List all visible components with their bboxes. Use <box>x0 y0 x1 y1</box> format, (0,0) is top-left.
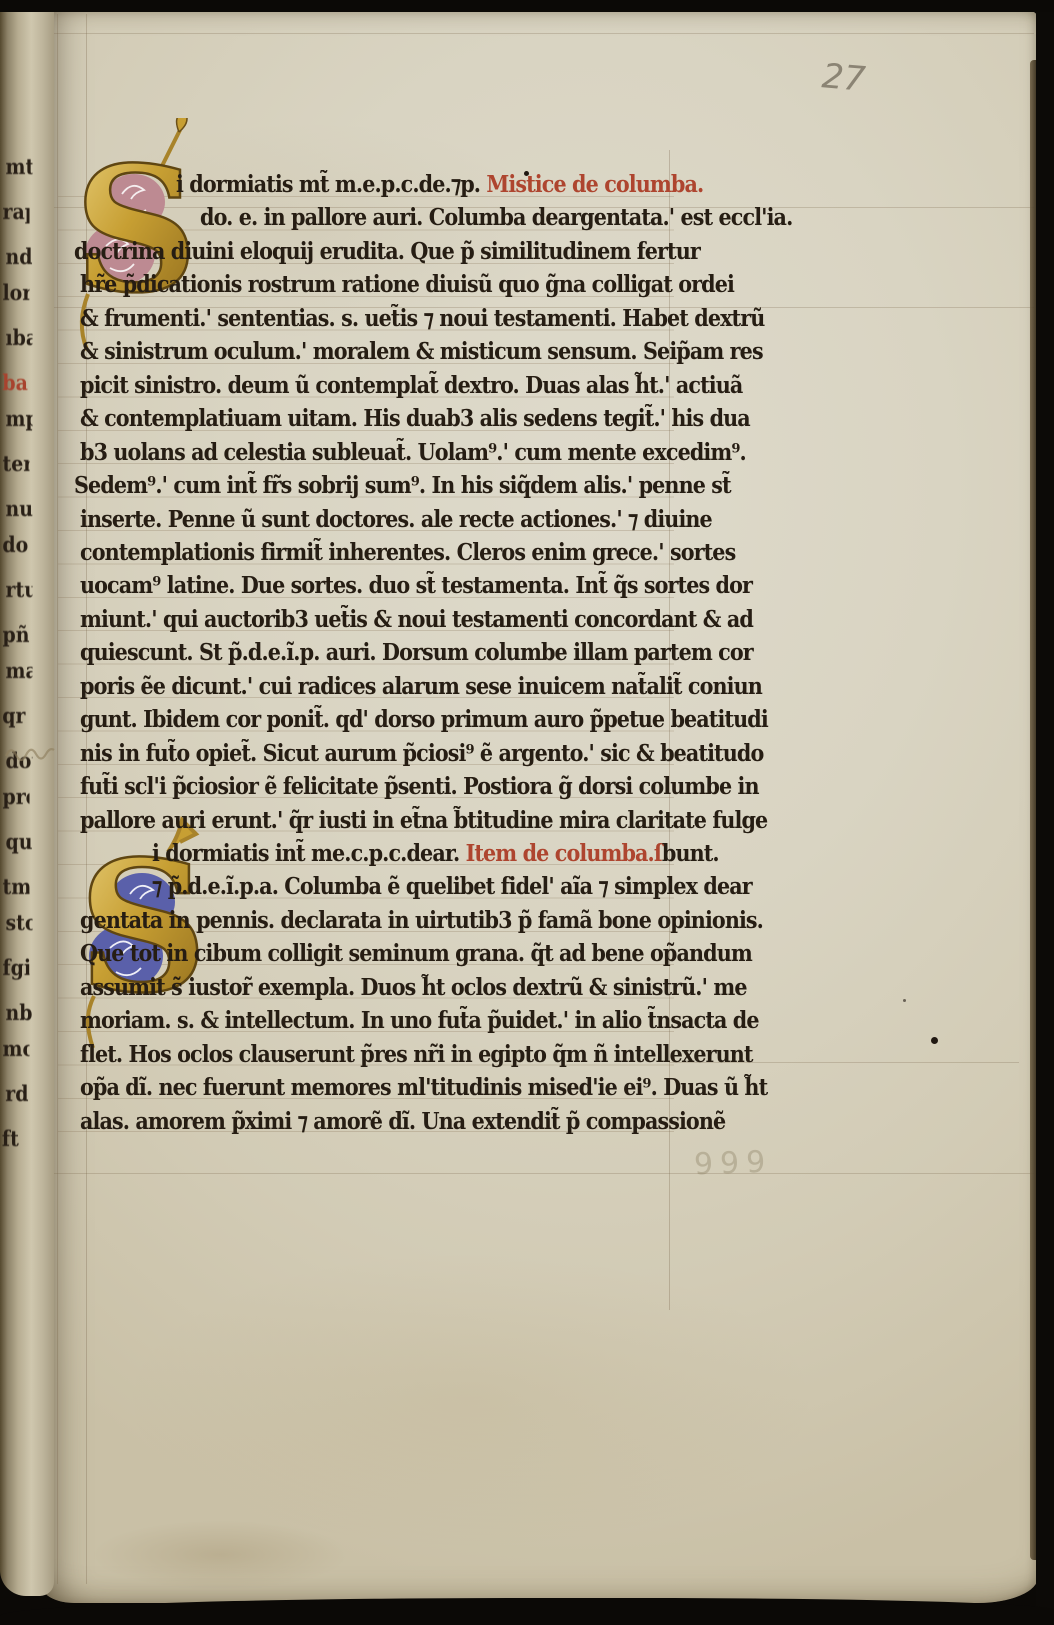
body-text: inserte. Penne ũ sunt doctores. ale rect… <box>80 506 712 533</box>
text-line: alas. amorem p̃ximi ⁊ amorẽ dĩ. Una exte… <box>80 1107 725 1137</box>
text-line: pallore auri erunt.' q̃r iusti in et̃na … <box>80 806 767 836</box>
text-line: poris ẽe dicunt.' cui radices alarum ses… <box>80 672 762 702</box>
text-line: gunt. Ibidem cor ponit̃. qd' dorso primu… <box>80 705 768 735</box>
body-text: hr̃e p̃dicationis rostrum ratione diuisũ… <box>80 271 734 298</box>
text-block: i dormiatis mt̃ m.e.p.c.de.⁊p. Mistice d… <box>0 0 1054 1625</box>
text-line: Sedem⁹.' cum int̃ fr̃s sobrij sum⁹. In h… <box>74 471 731 501</box>
text-line: quiescunt. St p̃.d.e.ĩ.p. auri. Dorsum c… <box>80 638 753 668</box>
rubric-text: Item de columba.ſ <box>466 840 662 867</box>
text-line: inserte. Penne ũ sunt doctores. ale rect… <box>80 505 712 535</box>
text-line: Que tot in cibum colligit seminum grana.… <box>80 939 752 969</box>
body-text: fut̃i scl'i p̃ciosior ẽ felicitate p̃sen… <box>80 773 759 800</box>
text-line: op̃a dĩ. nec fuerunt memores ml'titudini… <box>80 1073 767 1103</box>
body-text: picit sinistro. deum ũ contemplat̃ dextr… <box>80 372 742 399</box>
text-line: moriam. s. & intellectum. In uno fut̃a p… <box>80 1006 759 1036</box>
body-text: gentata in pennis. declarata in uirtutib… <box>80 907 763 934</box>
text-line: hr̃e p̃dicationis rostrum ratione diuisũ… <box>80 270 734 300</box>
body-text: & contemplatiuam uitam. His duab3 alis s… <box>80 405 750 432</box>
text-line: fut̃i scl'i p̃ciosior ẽ felicitate p̃sen… <box>80 772 759 802</box>
body-text: i dormiatis int̃ me.c.p.c.dear. <box>152 840 466 867</box>
text-line: contemplationis firmit̃ inherentes. Cler… <box>80 538 735 568</box>
text-line: & contemplatiuam uitam. His duab3 alis s… <box>80 404 750 434</box>
text-line: & sinistrum oculum.' moralem & misticum … <box>80 337 763 367</box>
body-text: Que tot in cibum colligit seminum grana.… <box>80 940 752 967</box>
body-text: bunt. <box>662 840 719 867</box>
text-line: miunt.' qui auctorib3 uet̃is & noui test… <box>80 605 753 635</box>
body-text: ⁊ p̃.d.e.ĩ.p.a. Columba ẽ quelibet fidel… <box>152 873 752 900</box>
body-text: moriam. s. & intellectum. In uno fut̃a p… <box>80 1007 759 1034</box>
body-text: do. e. in pallore auri. Columba deargent… <box>200 204 792 231</box>
body-text: i dormiatis mt̃ m.e.p.c.de.⁊p. <box>176 171 486 198</box>
body-text: op̃a dĩ. nec fuerunt memores ml'titudini… <box>80 1074 767 1101</box>
body-text: flet. Hos oclos clauserunt p̃res nr̃i in… <box>80 1041 753 1068</box>
text-line: doctrina diuini eloquij erudita. Que p̃ … <box>74 237 700 267</box>
body-text: alas. amorem p̃ximi ⁊ amorẽ dĩ. Una exte… <box>80 1108 725 1135</box>
text-line: assumit s̃ iustor̃ exempla. Duos h̃t ocl… <box>80 973 747 1003</box>
body-text: doctrina diuini eloquij erudita. Que p̃ … <box>74 238 700 265</box>
body-text: nis in fut̃o opiet̃. Sicut aurum p̃ciosi… <box>80 740 763 767</box>
text-line: i dormiatis mt̃ m.e.p.c.de.⁊p. Mistice d… <box>176 170 703 200</box>
body-text: & frumenti.' sententias. s. uet̃is ⁊ nou… <box>80 305 764 332</box>
text-line: & frumenti.' sententias. s. uet̃is ⁊ nou… <box>80 304 764 334</box>
body-text: poris ẽe dicunt.' cui radices alarum ses… <box>80 673 762 700</box>
text-line: b3 uolans ad celestia subleuat̃. Uolam⁹.… <box>80 438 746 468</box>
photo-background-top <box>0 0 1054 12</box>
body-text: assumit s̃ iustor̃ exempla. Duos h̃t ocl… <box>80 974 747 1001</box>
body-text: b3 uolans ad celestia subleuat̃. Uolam⁹.… <box>80 439 746 466</box>
text-line: picit sinistro. deum ũ contemplat̃ dextr… <box>80 371 742 401</box>
body-text: & sinistrum oculum.' moralem & misticum … <box>80 338 763 365</box>
body-text: Sedem⁹.' cum int̃ fr̃s sobrij sum⁹. In h… <box>74 472 731 499</box>
rubric-text: Mistice de columba. <box>486 171 703 198</box>
text-line: ⁊ p̃.d.e.ĩ.p.a. Columba ẽ quelibet fidel… <box>152 872 752 902</box>
body-text: gunt. Ibidem cor ponit̃. qd' dorso primu… <box>80 706 768 733</box>
text-line: uocam⁹ latine. Due sortes. duo st̃ testa… <box>80 571 752 601</box>
text-line: flet. Hos oclos clauserunt p̃res nr̃i in… <box>80 1040 753 1070</box>
text-line: gentata in pennis. declarata in uirtutib… <box>80 906 763 936</box>
text-line: i dormiatis int̃ me.c.p.c.dear. Item de … <box>152 839 719 869</box>
manuscript-photo: mtrapndelorıbabampternumdortupñmaqrdoupr… <box>0 0 1054 1625</box>
body-text: pallore auri erunt.' q̃r iusti in et̃na … <box>80 807 767 834</box>
text-line: nis in fut̃o opiet̃. Sicut aurum p̃ciosi… <box>80 739 763 769</box>
body-text: quiescunt. St p̃.d.e.ĩ.p. auri. Dorsum c… <box>80 639 753 666</box>
body-text: miunt.' qui auctorib3 uet̃is & noui test… <box>80 606 753 633</box>
body-text: contemplationis firmit̃ inherentes. Cler… <box>80 539 735 566</box>
photo-background-right <box>1036 0 1054 1625</box>
text-line: do. e. in pallore auri. Columba deargent… <box>200 203 792 233</box>
body-text: uocam⁹ latine. Due sortes. duo st̃ testa… <box>80 572 752 599</box>
